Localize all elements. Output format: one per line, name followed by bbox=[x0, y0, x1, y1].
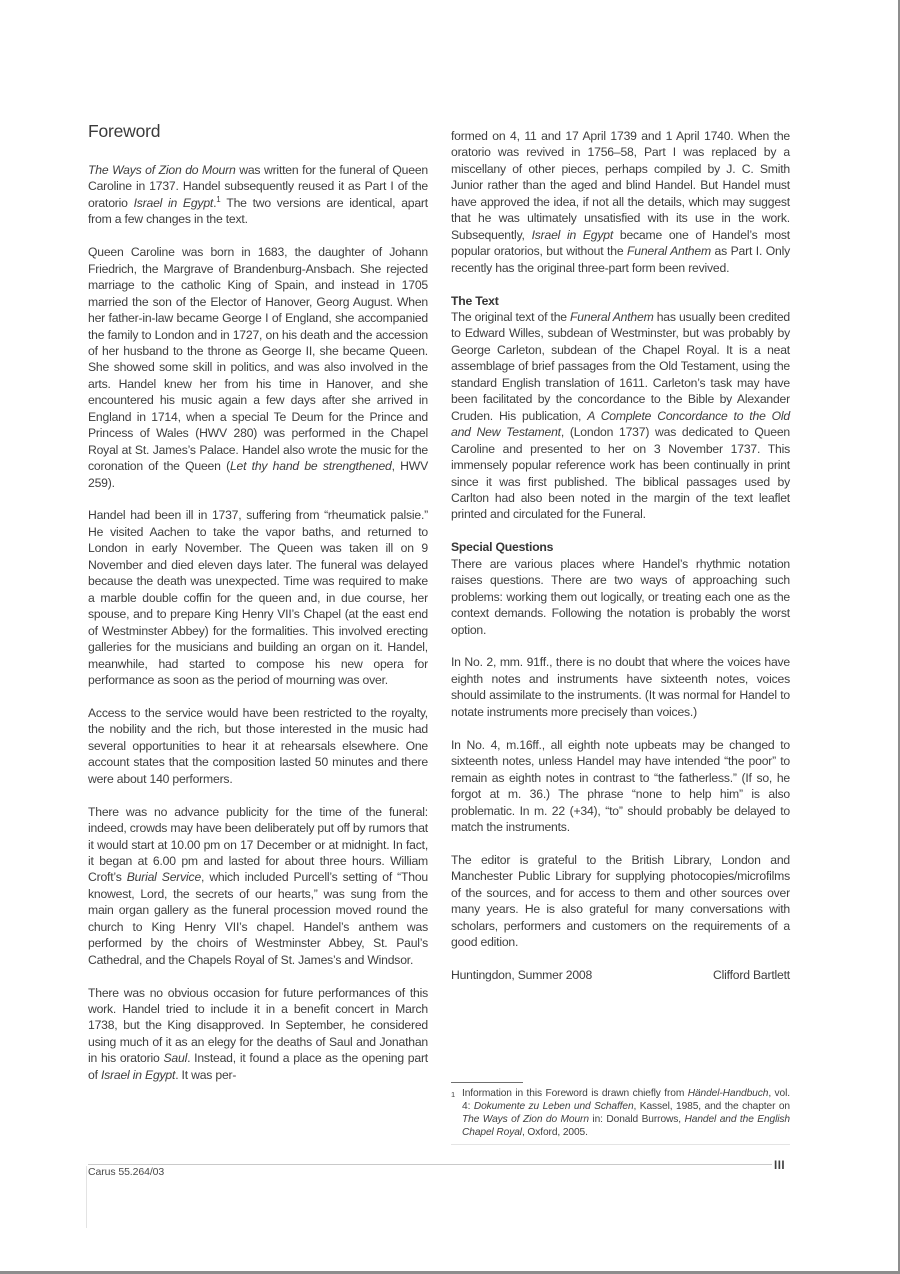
paragraph: The Ways of Zion do Mourn was written fo… bbox=[88, 162, 428, 228]
paragraph: Handel had been ill in 1737, suffering f… bbox=[88, 507, 428, 688]
footnote-separator-rule bbox=[451, 1082, 523, 1083]
left-column-paragraphs: The Ways of Zion do Mourn was written fo… bbox=[88, 162, 428, 1083]
paragraph: There was no advance publicity for the t… bbox=[88, 804, 428, 969]
page-number: III bbox=[774, 1160, 785, 1172]
paragraph: There are various places where Handel’s … bbox=[451, 556, 790, 638]
paragraph: Queen Caroline was born in 1683, the dau… bbox=[88, 244, 428, 491]
paragraph: There was no obvious occasion for future… bbox=[88, 985, 428, 1084]
footer-rule bbox=[88, 1164, 772, 1165]
paragraph: In No. 2, mm. 91ff., there is no doubt t… bbox=[451, 654, 790, 720]
section-heading: Special Questions bbox=[451, 539, 790, 555]
right-column-blocks: formed on 4, 11 and 17 April 1739 and 1 … bbox=[451, 128, 790, 951]
footnote-text: Information in this Foreword is drawn ch… bbox=[462, 1088, 790, 1140]
footnote-marker: 1 bbox=[451, 1089, 458, 1141]
footnote: 1 Information in this Foreword is drawn … bbox=[451, 1082, 790, 1145]
page-title: Foreword bbox=[88, 121, 428, 141]
paragraph: In No. 4, m.16ff., all eighth note upbea… bbox=[451, 737, 790, 836]
paragraph: The original text of the Funeral Anthem … bbox=[451, 309, 790, 523]
signoff-author: Clifford Bartlett bbox=[713, 967, 790, 983]
scan-artifact-line bbox=[86, 1166, 87, 1228]
paragraph: Access to the service would have been re… bbox=[88, 705, 428, 787]
right-column: formed on 4, 11 and 17 April 1739 and 1 … bbox=[451, 128, 790, 983]
section-heading: The Text bbox=[451, 293, 790, 309]
footer-catalog-number: Carus 55.264/03 bbox=[88, 1166, 164, 1178]
signoff-place-date: Huntingdon, Summer 2008 bbox=[451, 967, 592, 983]
left-column: Foreword The Ways of Zion do Mourn was w… bbox=[88, 121, 428, 1100]
scanned-foreword-page: Foreword The Ways of Zion do Mourn was w… bbox=[0, 0, 900, 1274]
paragraph: The editor is grateful to the British Li… bbox=[451, 852, 790, 951]
paragraph: formed on 4, 11 and 17 April 1739 and 1 … bbox=[451, 128, 790, 276]
signoff-row: Huntingdon, Summer 2008 Clifford Bartlet… bbox=[451, 967, 790, 983]
